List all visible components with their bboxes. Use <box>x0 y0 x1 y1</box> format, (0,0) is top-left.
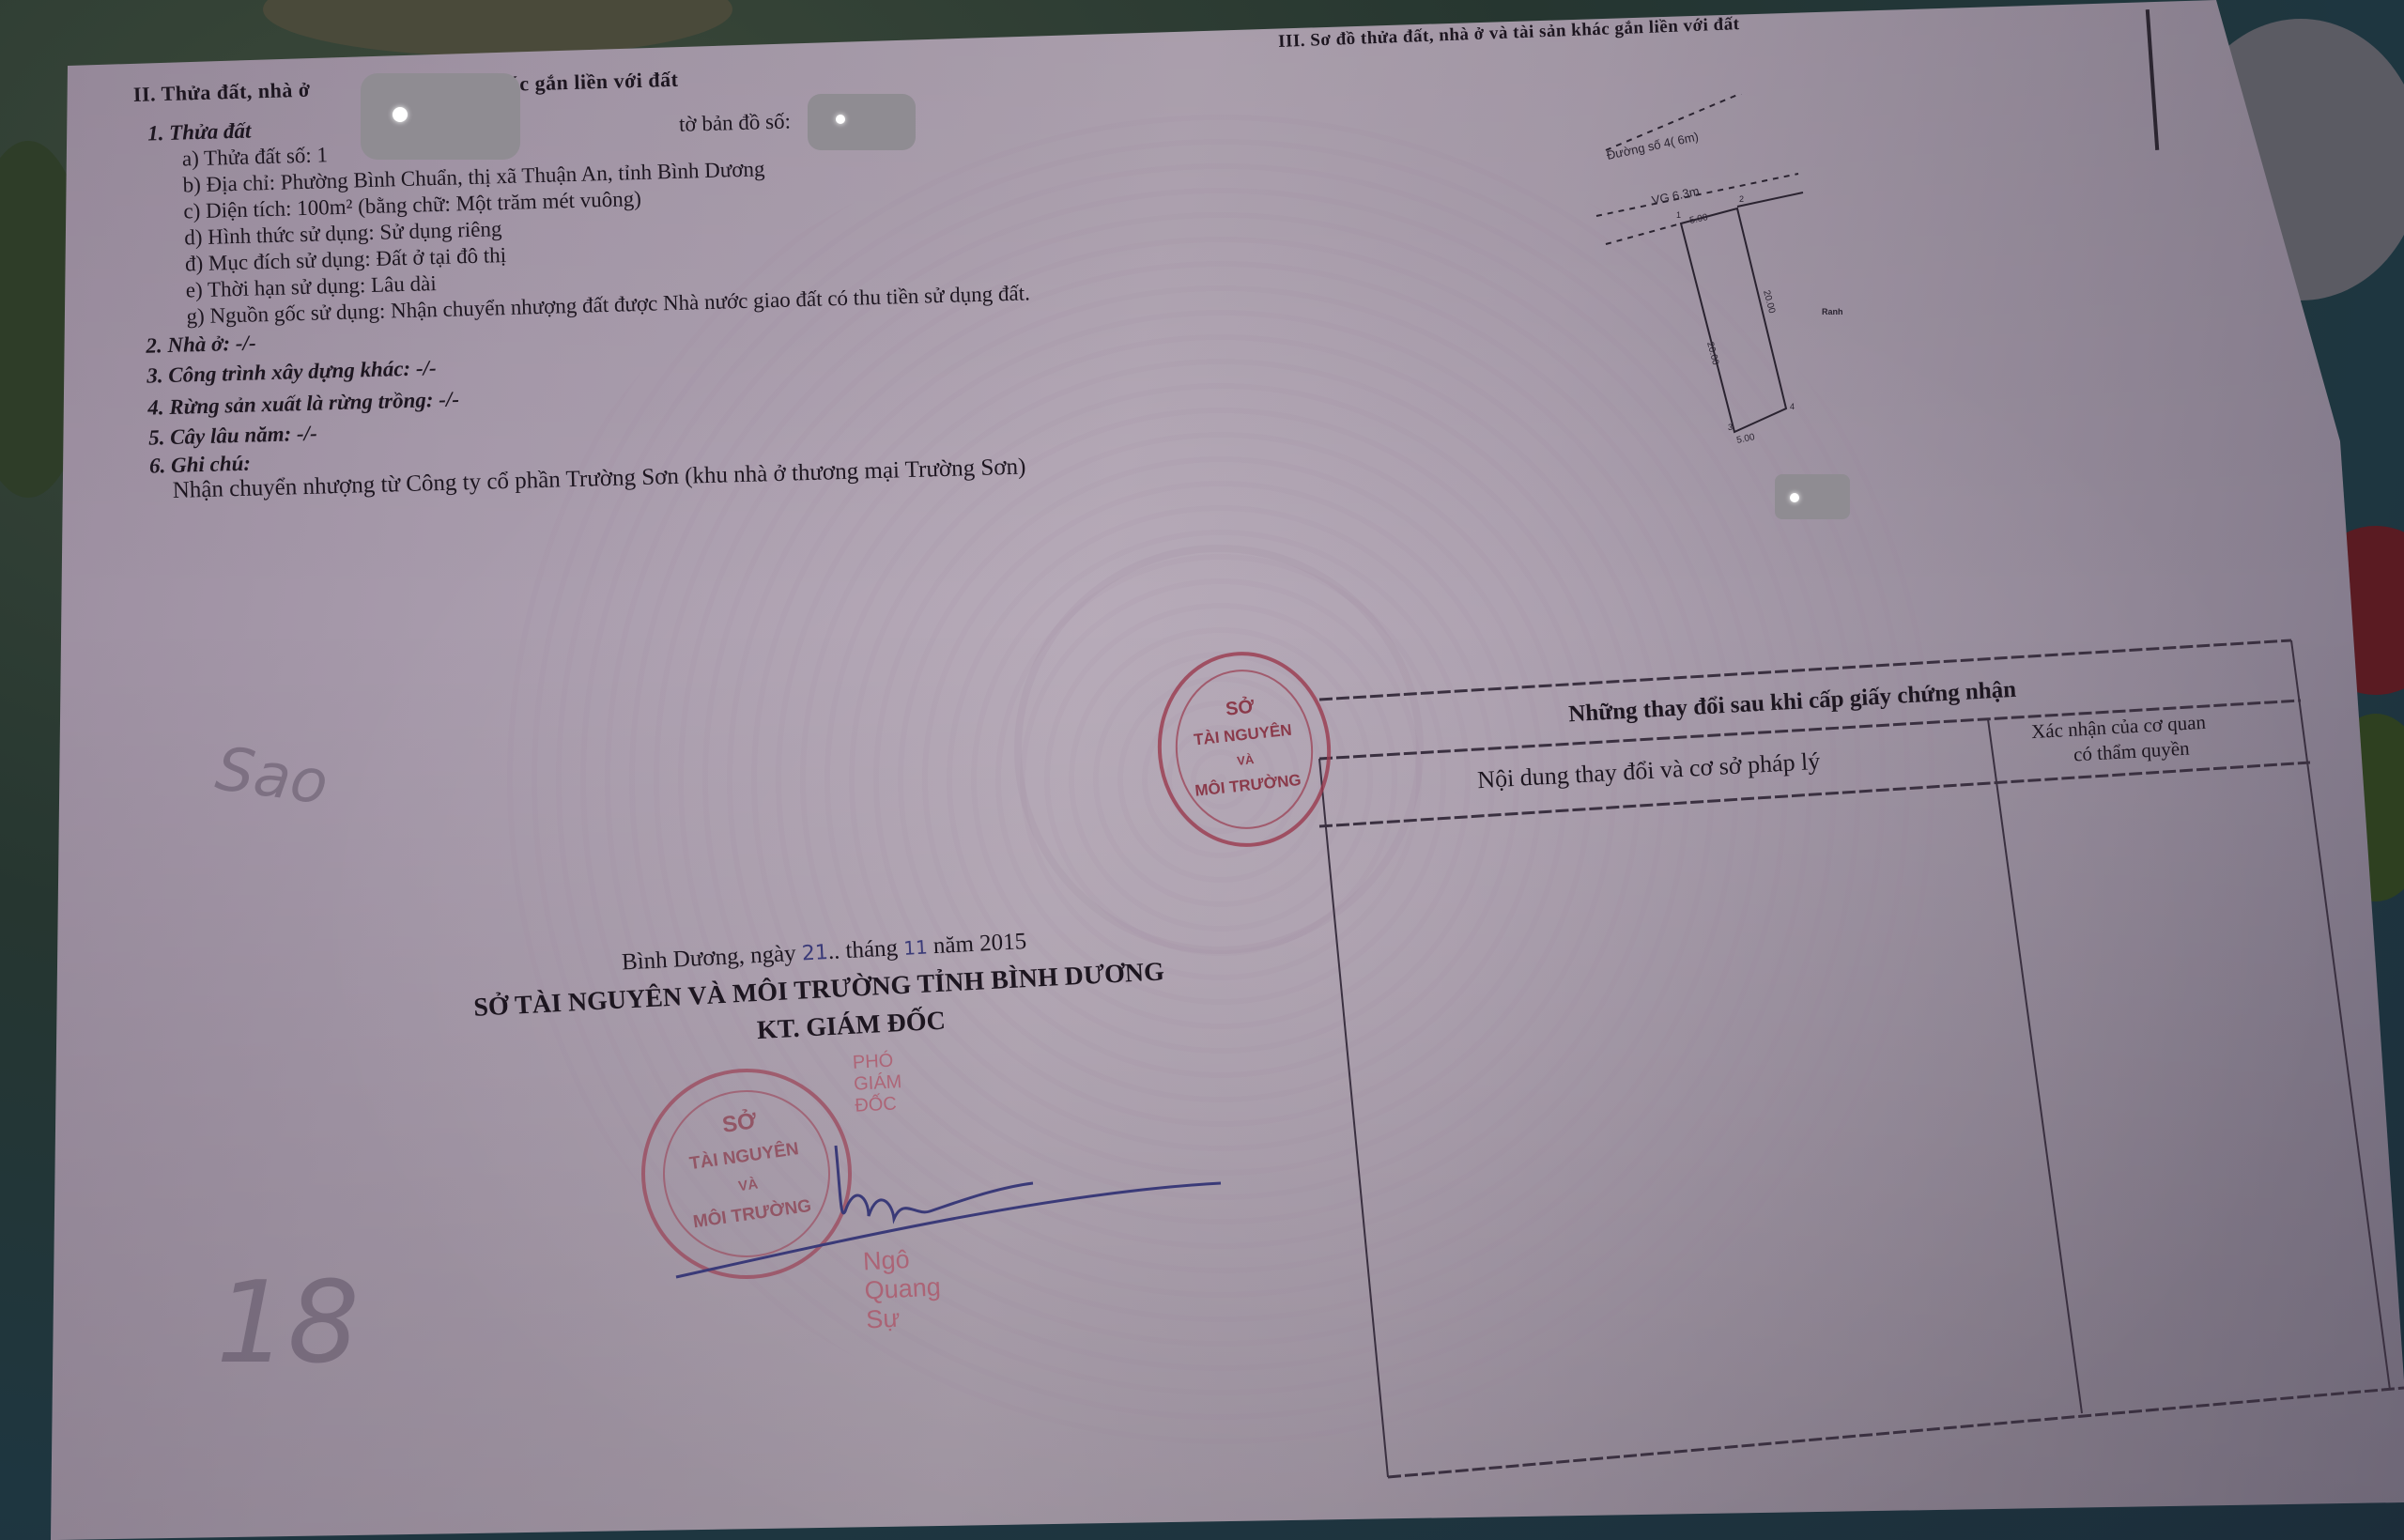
month-label: .. tháng <box>827 935 899 964</box>
date-year: năm 2015 <box>932 929 1027 959</box>
margin-number: 18 <box>216 1258 360 1389</box>
official-stamp-upper: SỞ TÀI NGUYÊN VÀ MÔI TRƯỜNG <box>1141 646 1348 853</box>
handwritten-signature <box>657 1108 1258 1286</box>
stamp-line-3: VÀ <box>1236 752 1255 768</box>
date-day: 21 <box>801 941 828 965</box>
date-month: 11 <box>903 936 929 960</box>
stamp-line-1: SỞ <box>1225 695 1256 720</box>
stamp-line-2: TÀI NGUYÊN <box>1193 721 1292 749</box>
stamp-line-4: MÔI TRƯỜNG <box>1194 771 1302 800</box>
certificate-paper: II. Thửa đất, nhà ở ác gắn liền với đất … <box>0 0 2404 1540</box>
